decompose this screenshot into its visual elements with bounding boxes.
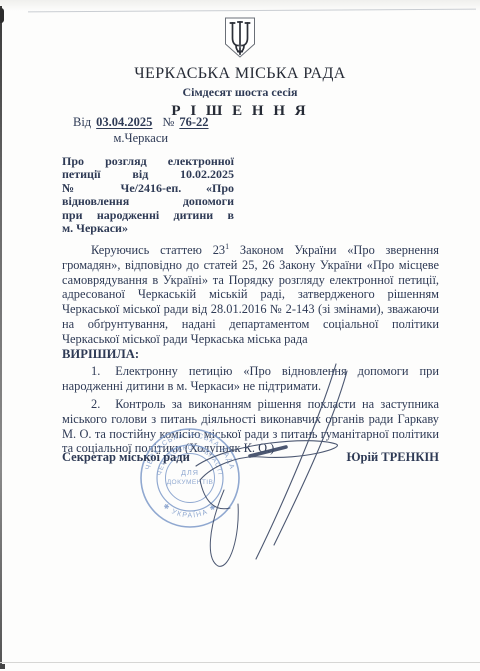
date-number-block: Від03.04.2025№76-22 м.Черкаси [73, 115, 209, 146]
date-prefix: Від [73, 115, 91, 129]
city-line: м.Черкаси [73, 131, 209, 146]
org-name: ЧЕРКАСЬКА МІСЬКА РАДА [0, 65, 480, 83]
subject-line: при народженні дитини в [62, 209, 234, 222]
ukraine-trident-icon [223, 17, 257, 58]
subject-line: № Че/2416-еп. «Про [62, 182, 234, 195]
subject-line: Про розгляд електронної [62, 155, 234, 168]
subject-block: Про розгляд електронної петиції від 10.0… [62, 155, 234, 235]
item-number: 1. [91, 364, 100, 378]
subject-line: м. Черкаси» [62, 222, 234, 235]
date-line: Від03.04.2025№76-22 [73, 115, 209, 130]
number-value: 76-22 [179, 115, 208, 129]
subject-line: відновлення допомоги [62, 195, 234, 208]
scan-bottom-edge-line [0, 662, 480, 663]
subject-line: петиції від 10.02.2025 [62, 168, 234, 181]
preamble-paragraph: Керуючись статтею 231 Законом України «П… [62, 243, 439, 347]
scan-corner-mark [0, 664, 5, 669]
number-sign: № [162, 115, 174, 129]
doc-type-title: Р І Ш Е Н Н Я [0, 103, 480, 120]
preamble-text: Керуючись статтею 23 [91, 243, 225, 257]
handwritten-signature [150, 340, 370, 575]
document-header: ЧЕРКАСЬКА МІСЬКА РАДА Сімдесят шоста сес… [0, 17, 480, 120]
preamble-text: Законом України «Про звернення громадян»… [62, 243, 439, 346]
scanned-document-page: ЧЕРКАСЬКА МІСЬКА РАДА Сімдесят шоста сес… [0, 0, 480, 671]
date-value: 03.04.2025 [96, 115, 152, 129]
session-line: Сімдесят шоста сесія [0, 85, 480, 100]
item-number: 2. [91, 397, 100, 411]
